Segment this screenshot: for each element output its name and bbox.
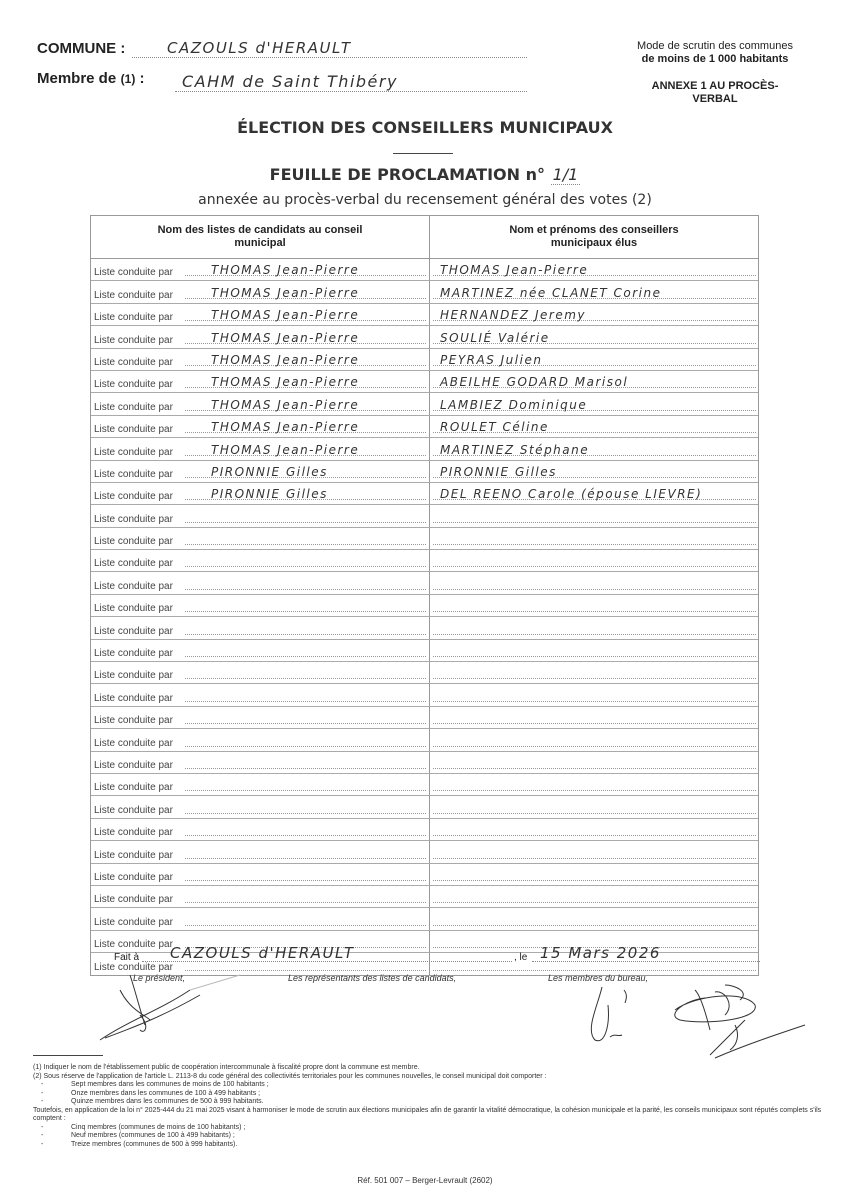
table-row: Liste conduite par [91, 595, 758, 617]
list-cell: Liste conduite par [91, 528, 430, 549]
date-value: 15 Mars 2026 [540, 944, 661, 962]
list-cell: Liste conduite parPIRONNIE Gilles [91, 483, 430, 504]
row-label: Liste conduite par [94, 491, 173, 502]
table-row: Liste conduite parTHOMAS Jean-PierrePEYR… [91, 349, 758, 371]
list-leader: THOMAS Jean-Pierre [211, 398, 359, 412]
list-cell: Liste conduite par [91, 640, 430, 661]
table-row: Liste conduite par [91, 662, 758, 684]
table-row: Liste conduite par [91, 684, 758, 706]
sheet-number: 1/1 [551, 165, 581, 185]
list-cell: Liste conduite parTHOMAS Jean-Pierre [91, 416, 430, 437]
row-label: Liste conduite par [94, 603, 173, 614]
table-row: Liste conduite par [91, 864, 758, 886]
row-label: Liste conduite par [94, 558, 173, 569]
elected-cell [430, 841, 758, 862]
commune-field: COMMUNE : CAZOULS d'HERAULT [37, 40, 527, 62]
row-label: Liste conduite par [94, 290, 173, 301]
list-leader: THOMAS Jean-Pierre [211, 308, 359, 322]
sheet-prefix: FEUILLE DE PROCLAMATION n° [270, 165, 545, 184]
commune-label: COMMUNE [37, 40, 116, 57]
row-label: Liste conduite par [94, 447, 173, 458]
proclamation-table: Nom des listes de candidats au conseil m… [90, 215, 759, 976]
list-cell: Liste conduite parTHOMAS Jean-Pierre [91, 304, 430, 325]
row-label: Liste conduite par [94, 715, 173, 726]
table-row: Liste conduite par [91, 550, 758, 572]
list-cell: Liste conduite par [91, 819, 430, 840]
table-row: Liste conduite parTHOMAS Jean-PierreROUL… [91, 416, 758, 438]
list-cell: Liste conduite parPIRONNIE Gilles [91, 461, 430, 482]
list-cell: Liste conduite par [91, 550, 430, 571]
footnote-2-item: Sept membres dans les communes de moins … [71, 1081, 269, 1088]
elected-cell: ABEILHE GODARD Marisol [430, 371, 758, 392]
footnote-toutefois-item: Cinq membres (communes de moins de 100 h… [71, 1124, 245, 1131]
elected-name: DEL REENO Carole (épouse LIEVRE) [440, 487, 702, 501]
list-cell: Liste conduite par [91, 796, 430, 817]
elected-cell: ROULET Céline [430, 416, 758, 437]
footnote-2: (2) Sous réserve de l'application de l'a… [33, 1073, 833, 1082]
table-row: Liste conduite parPIRONNIE GillesDEL REE… [91, 483, 758, 505]
title-divider [393, 153, 453, 154]
row-label: Liste conduite par [94, 402, 173, 413]
list-cell: Liste conduite par [91, 684, 430, 705]
elected-name: ABEILHE GODARD Marisol [440, 375, 628, 389]
list-leader: THOMAS Jean-Pierre [211, 443, 359, 457]
elected-name: SOULIÉ Valérie [440, 331, 550, 345]
table-row: Liste conduite par [91, 841, 758, 863]
table-body: Liste conduite parTHOMAS Jean-PierreTHOM… [91, 259, 758, 975]
row-label: Liste conduite par [94, 917, 173, 928]
sheet-title: FEUILLE DE PROCLAMATION n° 1/1 [0, 165, 850, 184]
list-cell: Liste conduite par [91, 505, 430, 526]
list-cell: Liste conduite par [91, 774, 430, 795]
row-label: Liste conduite par [94, 693, 173, 704]
row-label: Liste conduite par [94, 648, 173, 659]
row-label: Liste conduite par [94, 357, 173, 368]
list-cell: Liste conduite par [91, 662, 430, 683]
row-label: Liste conduite par [94, 760, 173, 771]
elected-cell [430, 886, 758, 907]
elected-cell [430, 774, 758, 795]
table-row: Liste conduite par [91, 819, 758, 841]
le-label: , le [514, 952, 527, 963]
row-label: Liste conduite par [94, 379, 173, 390]
row-label: Liste conduite par [94, 670, 173, 681]
footnote-toutefois-item: Treize membres (communes de 500 à 999 ha… [71, 1141, 237, 1148]
table-row: Liste conduite par [91, 572, 758, 594]
elected-cell: PIRONNIE Gilles [430, 461, 758, 482]
elected-name: MARTINEZ née CLANET Corine [440, 286, 662, 300]
table-row: Liste conduite parTHOMAS Jean-PierreABEI… [91, 371, 758, 393]
table-row: Liste conduite par [91, 707, 758, 729]
row-label: Liste conduite par [94, 469, 173, 480]
table-row: Liste conduite parTHOMAS Jean-PierreMART… [91, 438, 758, 460]
elected-name: ROULET Céline [440, 420, 549, 434]
membre-field: Membre de (1) : CAHM de Saint Thibéry [37, 70, 527, 96]
table-row: Liste conduite par [91, 886, 758, 908]
row-label: Liste conduite par [94, 827, 173, 838]
list-cell: Liste conduite par [91, 729, 430, 750]
elected-name: PIRONNIE Gilles [440, 465, 557, 479]
list-cell: Liste conduite parTHOMAS Jean-Pierre [91, 259, 430, 280]
bureau-signature-1 [580, 985, 630, 1055]
membre-note: (1) [121, 72, 136, 86]
list-cell: Liste conduite par [91, 617, 430, 638]
elected-cell [430, 684, 758, 705]
table-header: Nom des listes de candidats au conseil m… [91, 216, 758, 259]
table-row: Liste conduite par [91, 505, 758, 527]
table-row: Liste conduite parTHOMAS Jean-PierreLAMB… [91, 393, 758, 415]
list-cell: Liste conduite parTHOMAS Jean-Pierre [91, 393, 430, 414]
row-label: Liste conduite par [94, 872, 173, 883]
table-row: Liste conduite par [91, 796, 758, 818]
elected-cell [430, 864, 758, 885]
table-row: Liste conduite par [91, 729, 758, 751]
elected-cell: SOULIÉ Valérie [430, 326, 758, 347]
document-reference: Réf. 501 007 – Berger-Levrault (2602) [0, 1176, 850, 1185]
list-leader: THOMAS Jean-Pierre [211, 263, 359, 277]
elected-cell [430, 662, 758, 683]
list-cell: Liste conduite parTHOMAS Jean-Pierre [91, 371, 430, 392]
table-row: Liste conduite parTHOMAS Jean-PierreHERN… [91, 304, 758, 326]
footnote-1: (1) Indiquer le nom de l'établissement p… [33, 1064, 833, 1073]
page-title: ÉLECTION DES CONSEILLERS MUNICIPAUX [0, 118, 850, 137]
mode-line2: de moins de 1 000 habitants [600, 53, 830, 66]
table-row: Liste conduite parTHOMAS Jean-PierreMART… [91, 281, 758, 303]
table-row: Liste conduite par [91, 908, 758, 930]
elected-cell [430, 707, 758, 728]
table-row: Liste conduite par [91, 528, 758, 550]
elected-cell: PEYRAS Julien [430, 349, 758, 370]
list-leader: PIRONNIE Gilles [211, 465, 328, 479]
col-elected-header: Nom et prénoms des conseillers municipau… [430, 216, 758, 258]
annexe-label: ANNEXE 1 AU PROCÈS-VERBAL [630, 80, 800, 106]
elected-name: HERNANDEZ Jeremy [440, 308, 586, 322]
row-label: Liste conduite par [94, 894, 173, 905]
list-cell: Liste conduite par [91, 886, 430, 907]
footnote-divider [33, 1055, 103, 1056]
list-leader: THOMAS Jean-Pierre [211, 286, 359, 300]
elected-cell: HERNANDEZ Jeremy [430, 304, 758, 325]
list-cell: Liste conduite parTHOMAS Jean-Pierre [91, 281, 430, 302]
row-label: Liste conduite par [94, 424, 173, 435]
row-label: Liste conduite par [94, 514, 173, 525]
elected-name: LAMBIEZ Dominique [440, 398, 587, 412]
footnote-toutefois-items: -Cinq membres (communes de moins de 100 … [33, 1124, 833, 1150]
elected-cell [430, 572, 758, 593]
row-label: Liste conduite par [94, 267, 173, 278]
elected-cell: MARTINEZ Stéphane [430, 438, 758, 459]
table-row: Liste conduite parTHOMAS Jean-PierreTHOM… [91, 259, 758, 281]
elected-cell [430, 595, 758, 616]
row-label: Liste conduite par [94, 312, 173, 323]
elected-cell [430, 528, 758, 549]
row-label: Liste conduite par [94, 805, 173, 816]
elected-cell [430, 640, 758, 661]
elected-cell [430, 617, 758, 638]
row-label: Liste conduite par [94, 782, 173, 793]
row-label: Liste conduite par [94, 738, 173, 749]
elected-cell [430, 819, 758, 840]
list-cell: Liste conduite par [91, 841, 430, 862]
list-leader: PIRONNIE Gilles [211, 487, 328, 501]
list-cell: Liste conduite parTHOMAS Jean-Pierre [91, 349, 430, 370]
membre-value: CAHM de Saint Thibéry [182, 72, 398, 91]
row-label: Liste conduite par [94, 581, 173, 592]
fait-a-line: Fait à CAZOULS d'HERAULT , le 15 Mars 20… [100, 946, 760, 966]
list-cell: Liste conduite parTHOMAS Jean-Pierre [91, 326, 430, 347]
list-leader: THOMAS Jean-Pierre [211, 353, 359, 367]
list-cell: Liste conduite par [91, 595, 430, 616]
president-signature [90, 970, 250, 1050]
footnote-toutefois: Toutefois, en application de la loi n° 2… [33, 1107, 833, 1124]
membre-label: Membre de [37, 70, 116, 87]
elected-cell [430, 752, 758, 773]
row-label: Liste conduite par [94, 536, 173, 547]
table-row: Liste conduite parTHOMAS Jean-PierreSOUL… [91, 326, 758, 348]
footnote-2-item: Onze membres dans les communes de 100 à … [71, 1090, 260, 1097]
elected-cell: LAMBIEZ Dominique [430, 393, 758, 414]
footnote-2-items: -Sept membres dans les communes de moins… [33, 1081, 833, 1107]
elected-cell: DEL REENO Carole (épouse LIEVRE) [430, 483, 758, 504]
membres-label: Les membres du bureau, [548, 973, 648, 983]
footnote-toutefois-item: Neuf membres (communes de 100 à 499 habi… [71, 1132, 235, 1139]
list-cell: Liste conduite par [91, 908, 430, 929]
commune-value: CAZOULS d'HERAULT [167, 39, 352, 57]
list-cell: Liste conduite par [91, 572, 430, 593]
representants-label: Les représentants des listes de candidat… [288, 973, 456, 983]
table-row: Liste conduite par [91, 774, 758, 796]
elected-cell [430, 729, 758, 750]
elected-name: MARTINEZ Stéphane [440, 443, 589, 457]
elected-cell: THOMAS Jean-Pierre [430, 259, 758, 280]
bureau-signature-2 [665, 980, 815, 1060]
footnotes: (1) Indiquer le nom de l'établissement p… [33, 1064, 833, 1149]
row-label: Liste conduite par [94, 626, 173, 637]
list-cell: Liste conduite parTHOMAS Jean-Pierre [91, 438, 430, 459]
fait-value: CAZOULS d'HERAULT [170, 944, 355, 962]
list-cell: Liste conduite par [91, 707, 430, 728]
list-cell: Liste conduite par [91, 752, 430, 773]
row-label: Liste conduite par [94, 335, 173, 346]
row-label: Liste conduite par [94, 850, 173, 861]
table-row: Liste conduite parPIRONNIE GillesPIRONNI… [91, 461, 758, 483]
list-leader: THOMAS Jean-Pierre [211, 420, 359, 434]
footnote-2-item: Quinze membres dans les communes de 500 … [71, 1098, 264, 1105]
subtitle: annexée au procès-verbal du recensement … [0, 192, 850, 208]
table-row: Liste conduite par [91, 617, 758, 639]
fait-label: Fait à [114, 952, 139, 963]
list-leader: THOMAS Jean-Pierre [211, 375, 359, 389]
mode-scrutin: Mode de scrutin des communes de moins de… [600, 40, 830, 66]
col-lists-header: Nom des listes de candidats au conseil m… [91, 216, 430, 258]
elected-cell [430, 550, 758, 571]
table-row: Liste conduite par [91, 640, 758, 662]
elected-cell [430, 796, 758, 817]
mode-line1: Mode de scrutin des communes [600, 40, 830, 53]
list-cell: Liste conduite par [91, 864, 430, 885]
table-row: Liste conduite par [91, 752, 758, 774]
elected-cell: MARTINEZ née CLANET Corine [430, 281, 758, 302]
list-leader: THOMAS Jean-Pierre [211, 331, 359, 345]
elected-name: THOMAS Jean-Pierre [440, 263, 588, 277]
elected-cell [430, 908, 758, 929]
elected-name: PEYRAS Julien [440, 353, 542, 367]
elected-cell [430, 505, 758, 526]
